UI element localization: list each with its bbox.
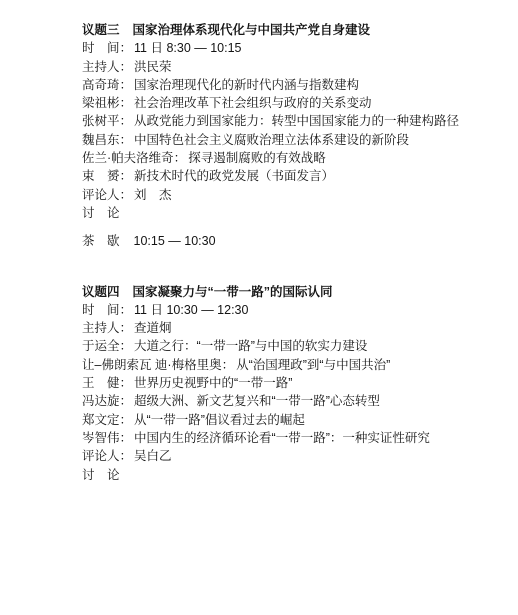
- speaker-name: 让–佛朗索瓦 迪·梅格里奥: [82, 358, 222, 372]
- agenda-line-talk: 岑智伟：中国内生的经济循环论看“一带一路”：一种实证性研究: [82, 429, 508, 447]
- agenda-line-talk: 于运全：大道之行：“一带一路”与中国的软实力建设: [82, 337, 508, 355]
- agenda-line-time: 时 间：11 日 8:30 — 10:15: [82, 39, 508, 57]
- agenda-line-talk: 冯达旋：超级大洲、新文艺复兴和“一带一路”心态转型: [82, 392, 508, 410]
- agenda-line-discussion: 讨 论: [82, 204, 508, 222]
- colon-separator: ：: [120, 321, 133, 335]
- tea-break-time: 10:15 — 10:30: [134, 234, 216, 248]
- speaker-name: 于运全: [82, 339, 120, 353]
- agenda-line-chair: 主持人：查道炯: [82, 319, 508, 337]
- field-value: 11 日 8:30 — 10:15: [134, 41, 241, 55]
- talk-title: 超级大洲、新文艺复兴和“一带一路”心态转型: [134, 394, 380, 408]
- session-title: 国家治理体系现代化与中国共产党自身建设: [133, 23, 371, 37]
- field-value: 刘 杰: [134, 188, 172, 202]
- colon-separator: ：: [120, 60, 133, 74]
- session-4-block: 议题四国家凝聚力与“一带一路”的国际认同 时 间：11 日 10:30 — 12…: [82, 283, 508, 484]
- talk-title: 探寻遏制腐败的有效战略: [188, 151, 326, 165]
- speaker-name: 郑文定: [82, 413, 120, 427]
- field-value: 11 日 10:30 — 12:30: [134, 303, 248, 317]
- session-number: 议题四: [82, 285, 120, 299]
- agenda-line-talk: 郑文定：从“一带一路”倡议看过去的崛起: [82, 411, 508, 429]
- field-label: 时 间: [82, 41, 120, 55]
- colon-separator: ：: [120, 133, 133, 147]
- colon-separator: ：: [120, 114, 133, 128]
- colon-separator: ：: [174, 151, 187, 165]
- agenda-line-commentator: 评论人：刘 杰: [82, 186, 508, 204]
- colon-separator: ：: [120, 96, 133, 110]
- speaker-name: 魏昌东: [82, 133, 120, 147]
- colon-separator: ：: [120, 339, 133, 353]
- agenda-line-talk: 束 赟：新技术时代的政党发展（书面发言）: [82, 167, 508, 185]
- session-number: 议题三: [82, 23, 120, 37]
- colon-separator: ：: [120, 188, 133, 202]
- colon-separator: ：: [120, 394, 133, 408]
- speaker-name: 高奇琦: [82, 78, 120, 92]
- agenda-line-commentator: 评论人：吴白乙: [82, 447, 508, 465]
- colon-separator: ：: [222, 358, 235, 372]
- talk-title: 从“治国理政”到“与中国共治”: [236, 358, 390, 372]
- colon-separator: ：: [120, 78, 133, 92]
- talk-title: 世界历史视野中的“一带一路”: [134, 376, 292, 390]
- discussion-label: 讨 论: [82, 468, 120, 482]
- field-value: 吴白乙: [134, 449, 172, 463]
- session-3-block: 议题三国家治理体系现代化与中国共产党自身建设 时 间：11 日 8:30 — 1…: [82, 21, 508, 222]
- colon-separator: ：: [120, 303, 133, 317]
- agenda-line-talk: 高奇琦：国家治理现代化的新时代内涵与指数建构: [82, 76, 508, 94]
- talk-title: 中国内生的经济循环论看“一带一路”：一种实证性研究: [134, 431, 430, 445]
- agenda-line-discussion: 讨 论: [82, 466, 508, 484]
- agenda-line-chair: 主持人：洪民荣: [82, 58, 508, 76]
- talk-title: 新技术时代的政党发展（书面发言）: [134, 169, 334, 183]
- agenda-line-time: 时 间：11 日 10:30 — 12:30: [82, 301, 508, 319]
- speaker-name: 岑智伟: [82, 431, 120, 445]
- colon-separator: ：: [120, 449, 133, 463]
- talk-title: 大道之行：“一带一路”与中国的软实力建设: [134, 339, 367, 353]
- agenda-line-talk: 梁祖彬：社会治理改革下社会组织与政府的关系变动: [82, 94, 508, 112]
- talk-title: 从政党能力到国家能力：转型中国国家能力的一种建构路径: [134, 114, 459, 128]
- field-label: 评论人: [82, 449, 120, 463]
- speaker-name: 张树平: [82, 114, 120, 128]
- tea-break-label: 茶 歇: [82, 234, 120, 248]
- tea-break-row: 茶 歇10:15 — 10:30: [82, 232, 508, 250]
- speaker-name: 佐兰·帕夫洛维奇: [82, 151, 174, 165]
- colon-separator: ：: [120, 169, 133, 183]
- speaker-name: 梁祖彬: [82, 96, 120, 110]
- speaker-name: 冯达旋: [82, 394, 120, 408]
- talk-title: 中国特色社会主义腐败治理立法体系建设的新阶段: [134, 133, 409, 147]
- speaker-name: 王 健: [82, 376, 120, 390]
- agenda-line-talk: 张树平：从政党能力到国家能力：转型中国国家能力的一种建构路径: [82, 112, 508, 130]
- field-label: 主持人: [82, 60, 120, 74]
- colon-separator: ：: [120, 41, 133, 55]
- session-4-heading: 议题四国家凝聚力与“一带一路”的国际认同: [82, 283, 508, 301]
- field-label: 评论人: [82, 188, 120, 202]
- colon-separator: ：: [120, 376, 133, 390]
- field-value: 查道炯: [134, 321, 172, 335]
- session-3-heading: 议题三国家治理体系现代化与中国共产党自身建设: [82, 21, 508, 39]
- talk-title: 社会治理改革下社会组织与政府的关系变动: [134, 96, 372, 110]
- speaker-name: 束 赟: [82, 169, 120, 183]
- agenda-line-talk: 佐兰·帕夫洛维奇：探寻遏制腐败的有效战略: [82, 149, 508, 167]
- colon-separator: ：: [120, 413, 133, 427]
- agenda-line-talk: 让–佛朗索瓦 迪·梅格里奥：从“治国理政”到“与中国共治”: [82, 356, 508, 374]
- field-value: 洪民荣: [134, 60, 172, 74]
- session-title: 国家凝聚力与“一带一路”的国际认同: [133, 285, 333, 299]
- colon-separator: ：: [120, 431, 133, 445]
- agenda-line-talk: 王 健：世界历史视野中的“一带一路”: [82, 374, 508, 392]
- conference-program-page: 议题三国家治理体系现代化与中国共产党自身建设 时 间：11 日 8:30 — 1…: [0, 0, 518, 615]
- field-label: 时 间: [82, 303, 120, 317]
- talk-title: 国家治理现代化的新时代内涵与指数建构: [134, 78, 359, 92]
- discussion-label: 讨 论: [82, 206, 120, 220]
- agenda-line-talk: 魏昌东：中国特色社会主义腐败治理立法体系建设的新阶段: [82, 131, 508, 149]
- talk-title: 从“一带一路”倡议看过去的崛起: [134, 413, 305, 427]
- field-label: 主持人: [82, 321, 120, 335]
